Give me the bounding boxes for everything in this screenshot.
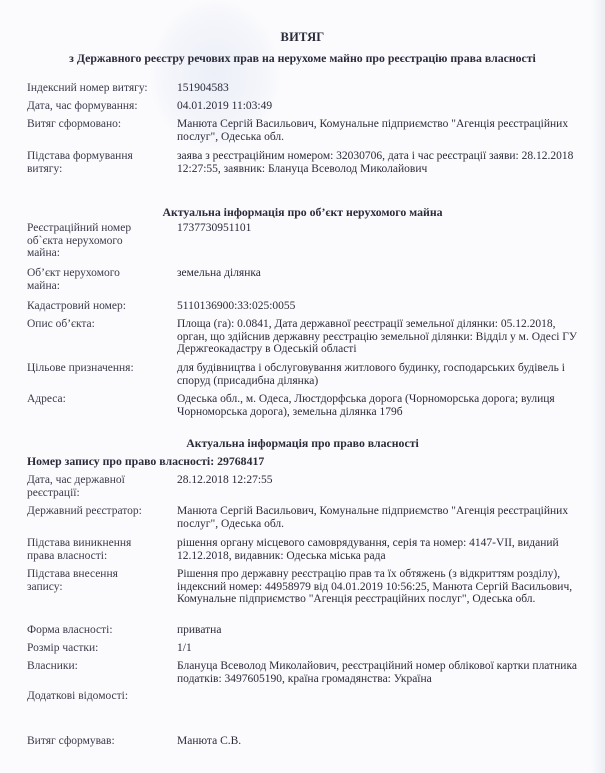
document-title: ВИТЯГ <box>0 30 605 45</box>
field-value: Манюта Сергій Васильович, Комунальне під… <box>177 118 587 143</box>
field-value: 04.01.2019 11:03:49 <box>177 100 587 113</box>
field-label: Опис об’єкта: <box>27 318 165 331</box>
field-label: Підстава внесення запису: <box>27 568 139 593</box>
field-value: 28.12.2018 12:27:55 <box>177 474 587 487</box>
field-label: Адреса: <box>27 393 165 406</box>
field-value: Манюта С.В. <box>177 735 587 748</box>
field-value: Рішення про державну реєстрацію прав та … <box>177 568 587 606</box>
field-label: Підстава виникнення права власності: <box>27 537 147 562</box>
field-value: для будівництва і обслуговування житлово… <box>177 362 587 387</box>
field-label: Дата, час державної реєстрації: <box>27 474 145 499</box>
field-label: Дата, час формування: <box>27 100 165 113</box>
field-value: приватна <box>177 624 587 637</box>
field-value: рішення органу місцевого самоврядування,… <box>177 537 587 562</box>
field-label: Державний реєстратор: <box>27 505 165 518</box>
field-label: Об’єкт нерухомого майна: <box>27 267 139 292</box>
section-title-object: Актуальна інформація про об’єкт нерухомо… <box>0 205 605 220</box>
field-value: земельна ділянка <box>177 267 587 280</box>
field-label: Індексний номер витягу: <box>27 82 165 95</box>
field-label: Реєстраційний номер об`єкта нерухомого м… <box>27 222 139 260</box>
field-value: Манюта Сергій Васильович, Комунальне під… <box>177 505 587 530</box>
field-label: Додаткові відомості: <box>27 690 165 703</box>
field-label: Цільове призначення: <box>27 362 165 375</box>
field-value: заява з реєстраційним номером: 32030706,… <box>177 150 587 175</box>
field-value: 5110136900:33:025:0055 <box>177 300 587 313</box>
field-label: Підстава формування витягу: <box>27 150 147 175</box>
page-edge-shadow <box>591 0 605 773</box>
field-label: Витяг сформував: <box>27 735 165 748</box>
field-label: Кадастровий номер: <box>27 300 165 313</box>
field-value: 1737730951101 <box>177 222 587 235</box>
section-title-ownership: Актуальна інформація про право власності <box>0 436 605 451</box>
field-value: Одеська обл., м. Одеса, Люстдорфська дор… <box>177 393 587 418</box>
field-label: Форма власності: <box>27 624 165 637</box>
field-label: Витяг сформовано: <box>27 118 165 131</box>
ownership-record-number: Номер запису про право власності: 297684… <box>27 454 264 469</box>
document-subtitle: з Державного реєстру речових прав на нер… <box>0 51 605 66</box>
field-value: Блануца Всеволод Миколайович, реєстрацій… <box>177 660 587 685</box>
field-value: Площа (га): 0.0841, Дата державної реєст… <box>177 318 587 356</box>
field-value: 1/1 <box>177 642 587 655</box>
document-page: ВИТЯГ з Державного реєстру речових прав … <box>0 0 605 773</box>
field-label: Власники: <box>27 660 165 673</box>
field-value: 151904583 <box>177 82 587 95</box>
field-label: Розмір частки: <box>27 642 165 655</box>
